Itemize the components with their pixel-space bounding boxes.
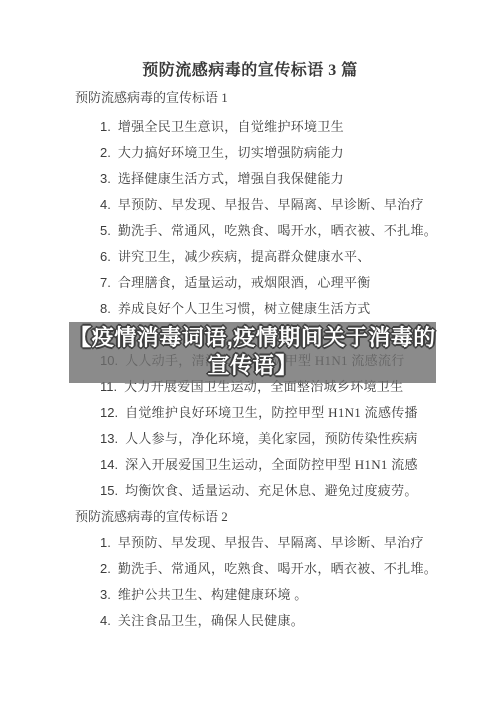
list-item: 13.人人参与，净化环境，美化家园，预防传染性疾病 — [0, 426, 500, 452]
item-text: 人人参与，净化环境，美化家园，预防传染性疾病 — [125, 431, 418, 446]
item-text: 维护公共卫生、构建健康环境 。 — [118, 587, 308, 602]
caption-line-2: 宣传语】 — [69, 352, 436, 380]
list-item: 7.合理膳食，适量运动，戒烟限酒，心理平衡 — [0, 270, 500, 296]
item-number: 6. — [100, 249, 111, 264]
list-item: 14.深入开展爱国卫生运动，全面防控甲型 H1N1 流感 — [0, 452, 500, 478]
list-item: 4.关注食品卫生，确保人民健康。 — [0, 608, 500, 634]
document-page: 预防流感病毒的宣传标语 3 篇 预防流感病毒的宣传标语 1 1.增强全民卫生意识… — [0, 0, 500, 706]
item-text: 深入开展爱国卫生运动，全面防控甲型 H1N1 流感 — [125, 457, 418, 472]
item-number: 14. — [100, 457, 118, 472]
list-item: 1.增强全民卫生意识，自觉维护环境卫生 — [0, 114, 500, 140]
item-number: 4. — [100, 613, 111, 628]
section-2: 预防流感病毒的宣传标语 2 1.早预防、早发现、早报告、早隔离、早诊断、早治疗 … — [0, 504, 500, 634]
item-number: 12. — [100, 405, 118, 420]
list-item: 3.维护公共卫生、构建健康环境 。 — [0, 582, 500, 608]
section-1: 预防流感病毒的宣传标语 1 1.增强全民卫生意识，自觉维护环境卫生 2.大力搞好… — [0, 90, 500, 504]
section-1-heading: 预防流感病毒的宣传标语 1 — [75, 90, 500, 106]
item-number: 4. — [100, 197, 111, 212]
list-item: 12.自觉维护良好环境卫生，防控甲型 H1N1 流感传播 — [0, 400, 500, 426]
list-item: 6.讲究卫生，减少疾病，提高群众健康水平、 — [0, 244, 500, 270]
item-text: 养成良好个人卫生习惯，树立健康生活方式 — [118, 301, 371, 316]
list-item: 8.养成良好个人卫生习惯，树立健康生活方式 — [0, 296, 500, 322]
item-number: 8. — [100, 301, 111, 316]
item-text: 早预防、早发现、早报告、早隔离、早诊断、早治疗 — [118, 535, 424, 550]
list-item: 5.勤洗手、常通风，吃熟食、喝开水，晒衣被、不扎堆。 — [0, 218, 500, 244]
item-number: 3. — [100, 171, 111, 186]
item-text: 讲究卫生，减少疾病，提高群众健康水平、 — [118, 249, 371, 264]
list-item: 4.早预防、早发现、早报告、早隔离、早诊断、早治疗 — [0, 192, 500, 218]
item-text: 关注食品卫生，确保人民健康。 — [118, 613, 304, 628]
item-number: 3. — [100, 587, 111, 602]
item-text: 大力搞好环境卫生，切实增强防病能力 — [118, 145, 344, 160]
item-text: 合理膳食，适量运动，戒烟限酒，心理平衡 — [118, 275, 371, 290]
item-number: 13. — [100, 431, 118, 446]
item-number: 1. — [100, 119, 111, 134]
item-number: 5. — [100, 223, 111, 238]
section-2-list: 1.早预防、早发现、早报告、早隔离、早诊断、早治疗 2.勤洗手、常通风，吃熟食、… — [0, 530, 500, 634]
item-text: 早预防、早发现、早报告、早隔离、早诊断、早治疗 — [118, 197, 424, 212]
list-item: 2.大力搞好环境卫生，切实增强防病能力 — [0, 140, 500, 166]
item-number: 7. — [100, 275, 111, 290]
watermark-caption-banner: 【疫情消毒词语,疫情期间关于消毒的 宣传语】 — [69, 322, 436, 383]
item-text: 勤洗手、常通风，吃熟食、喝开水，晒衣被、不扎堆。 — [118, 223, 437, 238]
item-number: 2. — [100, 561, 111, 576]
list-item: 3.选择健康生活方式，增强自我保健能力 — [0, 166, 500, 192]
caption-line-1: 【疫情消毒词语,疫情期间关于消毒的 — [69, 324, 436, 352]
item-text: 自觉维护良好环境卫生，防控甲型 H1N1 流感传播 — [125, 405, 418, 420]
document-body: 预防流感病毒的宣传标语 3 篇 预防流感病毒的宣传标语 1 1.增强全民卫生意识… — [0, 0, 500, 634]
list-item: 15.均衡饮食、适量运动、充足休息、避免过度疲劳。 — [0, 478, 500, 504]
item-text: 勤洗手、常通风，吃熟食、喝开水，晒衣被、不扎堆。 — [118, 561, 437, 576]
item-number: 1. — [100, 535, 111, 550]
item-text: 选择健康生活方式，增强自我保健能力 — [118, 171, 344, 186]
item-text: 增强全民卫生意识，自觉维护环境卫生 — [118, 119, 344, 134]
item-number: 2. — [100, 145, 111, 160]
section-1-list: 1.增强全民卫生意识，自觉维护环境卫生 2.大力搞好环境卫生，切实增强防病能力 … — [0, 114, 500, 504]
list-item: 1.早预防、早发现、早报告、早隔离、早诊断、早治疗 — [0, 530, 500, 556]
page-title: 预防流感病毒的宣传标语 3 篇 — [0, 60, 500, 82]
section-2-heading: 预防流感病毒的宣传标语 2 — [75, 504, 500, 530]
item-text: 均衡饮食、适量运动、充足休息、避免过度疲劳。 — [125, 483, 418, 498]
item-number: 15. — [100, 483, 118, 498]
list-item: 2.勤洗手、常通风，吃熟食、喝开水，晒衣被、不扎堆。 — [0, 556, 500, 582]
